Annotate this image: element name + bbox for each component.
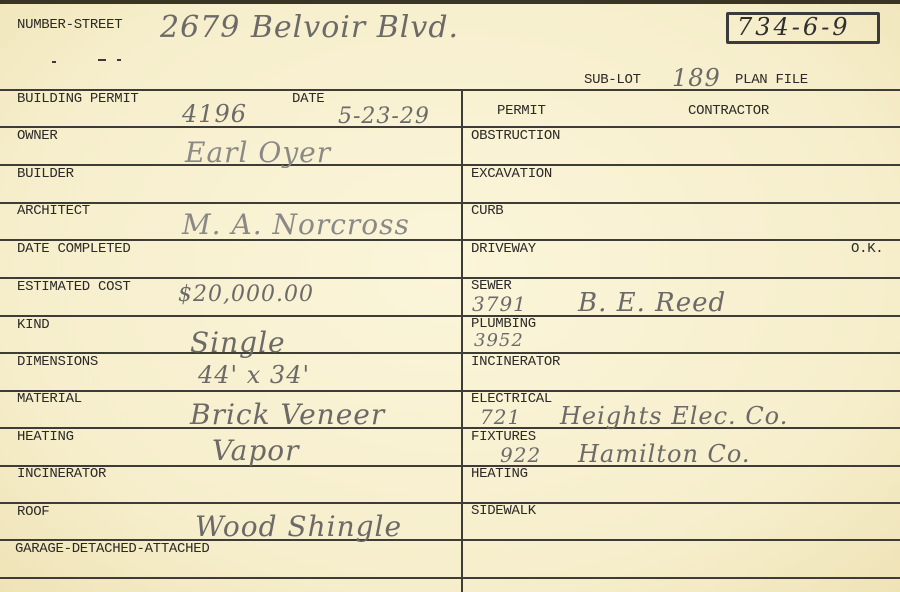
- driveway-label: DRIVEWAY: [471, 241, 536, 257]
- obstruction-label: OBSTRUCTION: [471, 128, 560, 144]
- heating-value: Vapor: [212, 434, 300, 467]
- rule-line: [0, 315, 900, 317]
- rule-line: [0, 502, 900, 504]
- number-street-label: NUMBER-STREET: [17, 17, 122, 33]
- rule-line: [0, 390, 900, 392]
- curb-label: CURB: [471, 203, 503, 219]
- builder-label: BUILDER: [17, 166, 74, 182]
- rule-line: [0, 465, 900, 467]
- kind-label: KIND: [17, 317, 49, 333]
- permit-header: PERMIT: [497, 103, 546, 119]
- roof-value: Wood Shingle: [195, 510, 402, 543]
- dimensions-label: DIMENSIONS: [17, 354, 98, 370]
- building-permit-value: 4196: [182, 100, 247, 128]
- heating-permit-label: HEATING: [471, 466, 528, 482]
- date-label: DATE: [292, 91, 324, 107]
- owner-label: OWNER: [17, 128, 58, 144]
- file-number: 734-6-9: [737, 13, 851, 41]
- sewer-permit: 3791: [472, 292, 527, 316]
- contractor-header: CONTRACTOR: [688, 103, 769, 119]
- rule-line: [0, 277, 900, 279]
- ink-speck: [98, 59, 106, 61]
- kind-value: Single: [190, 326, 286, 359]
- file-number-box: 734-6-9: [726, 12, 880, 44]
- incinerator-label: INCINERATOR: [17, 466, 106, 482]
- number-street-value: 2679 Belvoir Blvd.: [160, 10, 459, 45]
- material-label: MATERIAL: [17, 391, 82, 407]
- fixtures-contractor: Hamilton Co.: [578, 440, 751, 468]
- excavation-label: EXCAVATION: [471, 166, 552, 182]
- electrical-permit: 721: [480, 405, 521, 429]
- driveway-value: O.K.: [851, 241, 883, 257]
- permit-card: NUMBER-STREET 2679 Belvoir Blvd. 734-6-9…: [0, 0, 900, 592]
- rule-line: [0, 126, 900, 128]
- estimated-cost-value: $20,000.00: [178, 282, 314, 307]
- sewer-contractor: B. E. Reed: [578, 288, 726, 318]
- date-completed-label: DATE COMPLETED: [17, 241, 130, 257]
- architect-label: ARCHITECT: [17, 203, 90, 219]
- plan-file-label: PLAN FILE: [735, 72, 808, 88]
- ink-speck: [117, 59, 121, 61]
- electrical-contractor: Heights Elec. Co.: [560, 402, 788, 430]
- rule-line: [0, 239, 900, 241]
- incinerator-permit-label: INCINERATOR: [471, 354, 560, 370]
- rule-line: [0, 164, 900, 166]
- sidewalk-label: SIDEWALK: [471, 503, 536, 519]
- building-permit-label: BUILDING PERMIT: [17, 91, 139, 107]
- card-top-edge: [0, 0, 900, 4]
- dimensions-value: 44' x 34': [198, 361, 310, 389]
- owner-value: Earl Oyer: [185, 136, 331, 169]
- rule-line: [0, 352, 900, 354]
- material-value: Brick Veneer: [190, 398, 385, 431]
- date-value: 5-23-29: [338, 104, 430, 129]
- fixtures-permit: 922: [500, 443, 541, 467]
- heating-label: HEATING: [17, 429, 74, 445]
- sub-lot-label: SUB-LOT: [584, 72, 641, 88]
- sub-lot-value: 189: [672, 64, 721, 92]
- ink-speck: [52, 61, 56, 63]
- garage-label: GARAGE-DETACHED-ATTACHED: [15, 541, 209, 557]
- plumbing-permit: 3952: [474, 330, 524, 351]
- estimated-cost-label: ESTIMATED COST: [17, 279, 130, 295]
- rule-line: [0, 202, 900, 204]
- rule-line: [0, 577, 900, 579]
- roof-label: ROOF: [17, 504, 49, 520]
- architect-value: M. A. Norcross: [182, 208, 410, 241]
